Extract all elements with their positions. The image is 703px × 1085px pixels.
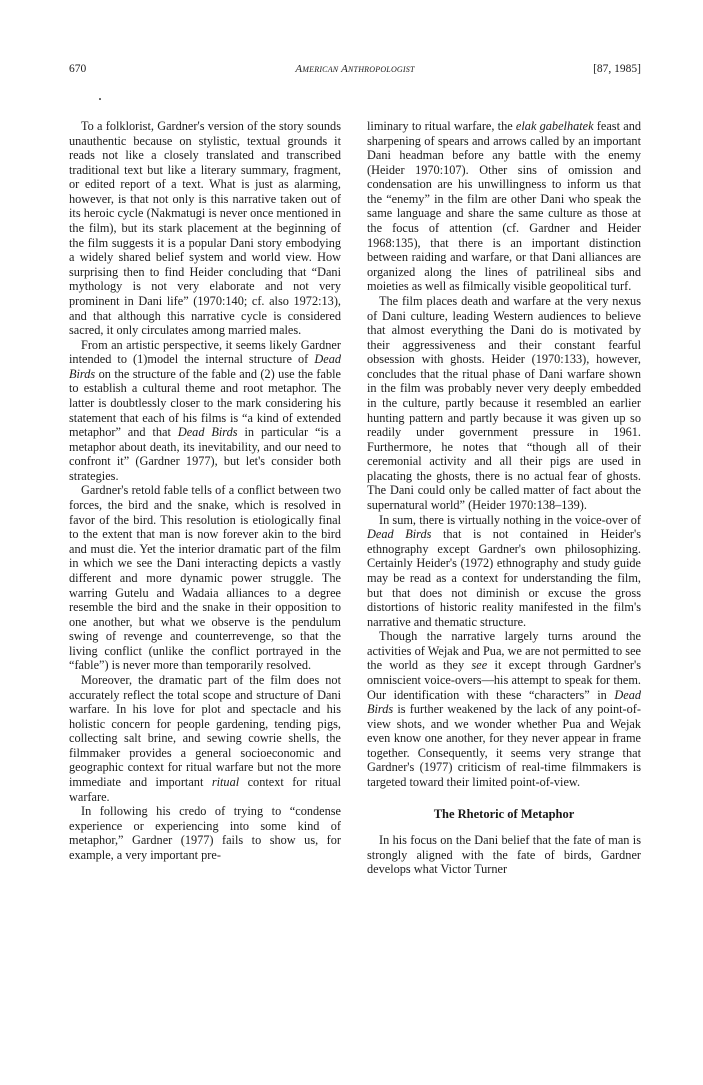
- film-title: Dead Birds: [367, 527, 431, 541]
- running-head: 670 American Anthropologist [87, 1985]: [69, 61, 641, 77]
- journal-title: American Anthropologist: [69, 61, 641, 77]
- paragraph: In following his credo of trying to “con…: [69, 804, 341, 862]
- paragraph-text: The film places death and warfare at the…: [367, 294, 641, 512]
- paragraph-text: From an artistic perspective, it seems l…: [69, 338, 341, 367]
- paragraph-text: Moreover, the dramatic part of the film …: [69, 673, 341, 789]
- emphasis: see: [471, 658, 487, 672]
- paragraph: From an artistic perspective, it seems l…: [69, 338, 341, 484]
- right-column: liminary to ritual warfare, the elak gab…: [367, 119, 641, 877]
- volume-year: [87, 1985]: [593, 61, 641, 77]
- paragraph-text: Gardner's retold fable tells of a confli…: [69, 483, 341, 672]
- paragraph-text: To a folklorist, Gardner's version of th…: [69, 119, 341, 337]
- paragraph-text: In following his credo of trying to “con…: [69, 804, 341, 862]
- paragraph-continuation: liminary to ritual warfare, the elak gab…: [367, 119, 641, 294]
- paragraph-text: that is not contained in Heider's ethnog…: [367, 527, 641, 628]
- section-heading: The Rhetoric of Metaphor: [367, 807, 641, 822]
- paragraph: Moreover, the dramatic part of the film …: [69, 673, 341, 804]
- paragraph: In his focus on the Dani belief that the…: [367, 833, 641, 877]
- paragraph: Gardner's retold fable tells of a confli…: [69, 483, 341, 673]
- paragraph: The film places death and warfare at the…: [367, 294, 641, 513]
- paragraph-text: liminary to ritual warfare, the: [367, 119, 516, 133]
- paragraph-text: In his focus on the Dani belief that the…: [367, 833, 641, 876]
- scan-speck: [99, 98, 101, 100]
- dani-term: elak gabelhatek: [516, 119, 594, 133]
- paragraph-text: In sum, there is virtually nothing in th…: [379, 513, 641, 527]
- paragraph-text: feast and sharpening of spears and arrow…: [367, 119, 641, 293]
- left-column: To a folklorist, Gardner's version of th…: [69, 119, 341, 862]
- paragraph: Though the narrative largely turns aroun…: [367, 629, 641, 789]
- paragraph: In sum, there is virtually nothing in th…: [367, 513, 641, 630]
- emphasis: ritual: [212, 775, 239, 789]
- paragraph: To a folklorist, Gardner's version of th…: [69, 119, 341, 338]
- paragraph-text: is further weakened by the lack of any p…: [367, 702, 641, 789]
- film-title: Dead Birds: [178, 425, 238, 439]
